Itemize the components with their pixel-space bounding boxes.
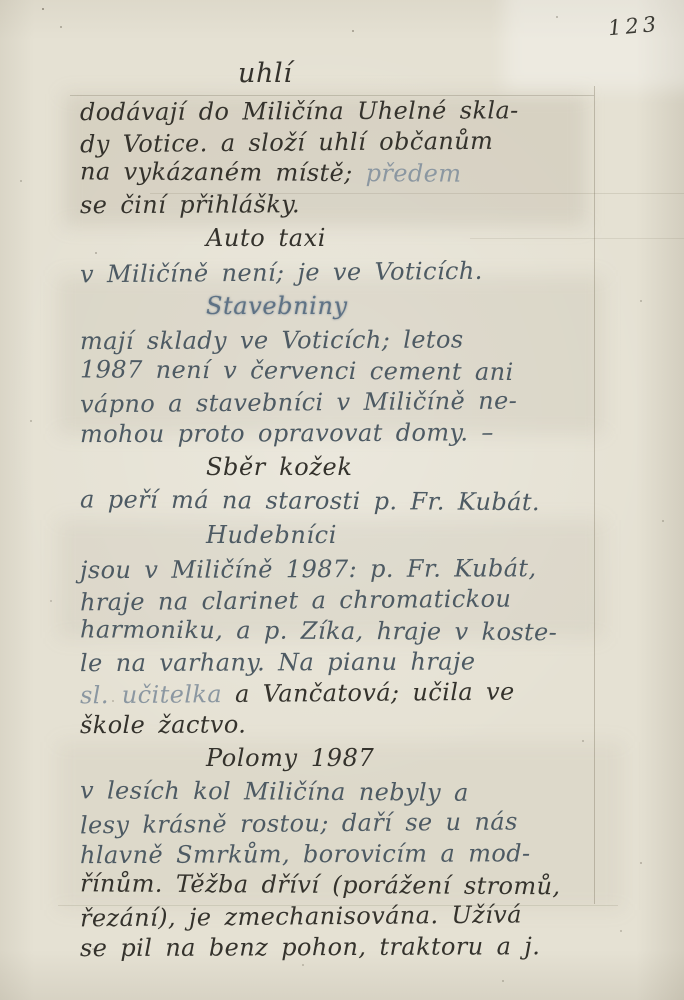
text-line: v lesích kol Miličína nebyly a <box>80 775 620 809</box>
text-line: sl. učitelka a Vančatová; učila ve <box>80 676 620 712</box>
text-line: le na varhany. Na pianu hraje <box>80 646 620 679</box>
text-line: řínům. Těžba dříví (porážení stromů, <box>80 868 620 902</box>
text-line: mají sklady ve Voticích; letos <box>80 324 620 357</box>
text-line: a peří má na starosti p. Fr. Kubát. <box>80 484 620 518</box>
text-line: vápno a stavebníci v Miličíně ne- <box>80 385 620 421</box>
dust-specks <box>0 0 2 2</box>
section-heading-polomy: Polomy 1987 <box>206 743 620 774</box>
text-segment: a Vančatová; učila ve <box>235 678 515 708</box>
text-segment-faded: sl. učitelka <box>80 680 222 709</box>
section-heading-stavebniny: Stavebniny <box>206 291 620 322</box>
text-line: hlavně Smrkům, borovicím a mod- <box>80 838 620 871</box>
text-segment-faded: předem <box>366 159 462 188</box>
text-line: mohou proto opravovat domy. – <box>80 417 620 450</box>
section-heading-sber-kozek: Sběr kožek <box>206 452 620 483</box>
text-line: se činí přihlášky. <box>80 188 620 221</box>
text-line: harmoniku, a p. Zíka, hraje v koste- <box>80 614 620 648</box>
text-line: 1987 není v červenci cement ani <box>80 354 620 388</box>
text-line: se pil na benz pohon, traktoru a j. <box>80 931 620 964</box>
page-number: 123 <box>607 12 661 40</box>
text-line: na vykázaném místě; předem <box>80 156 620 190</box>
section-heading-uhli: uhlí <box>238 58 620 89</box>
page-content: uhlí dodávají do Miličína Uhelné skla- d… <box>80 58 620 963</box>
text-line: škole žactvo. <box>80 708 620 741</box>
text-line: dodávají do Miličína Uhelné skla- <box>80 95 620 128</box>
text-line: jsou v Miličíně 1987: p. Fr. Kubát, <box>80 553 620 586</box>
manuscript-page: 123 uhlí dodávají do Miličína Uhelné skl… <box>0 0 684 1000</box>
text-segment: na vykázaném místě; <box>80 157 353 187</box>
section-heading-auto-taxi: Auto taxi <box>206 223 620 254</box>
text-line: dy Votice. a složí uhlí občanům <box>80 125 620 161</box>
text-line: lesy krásně rostou; daří se u nás <box>80 806 620 842</box>
section-heading-hudebnici: Hudebníci <box>206 520 620 551</box>
text-line: řezání), je zmechanisována. Užívá <box>80 899 620 935</box>
text-line: hraje na clarinet a chromatickou <box>80 583 620 619</box>
text-line: v Miličíně není; je ve Voticích. <box>80 255 620 291</box>
